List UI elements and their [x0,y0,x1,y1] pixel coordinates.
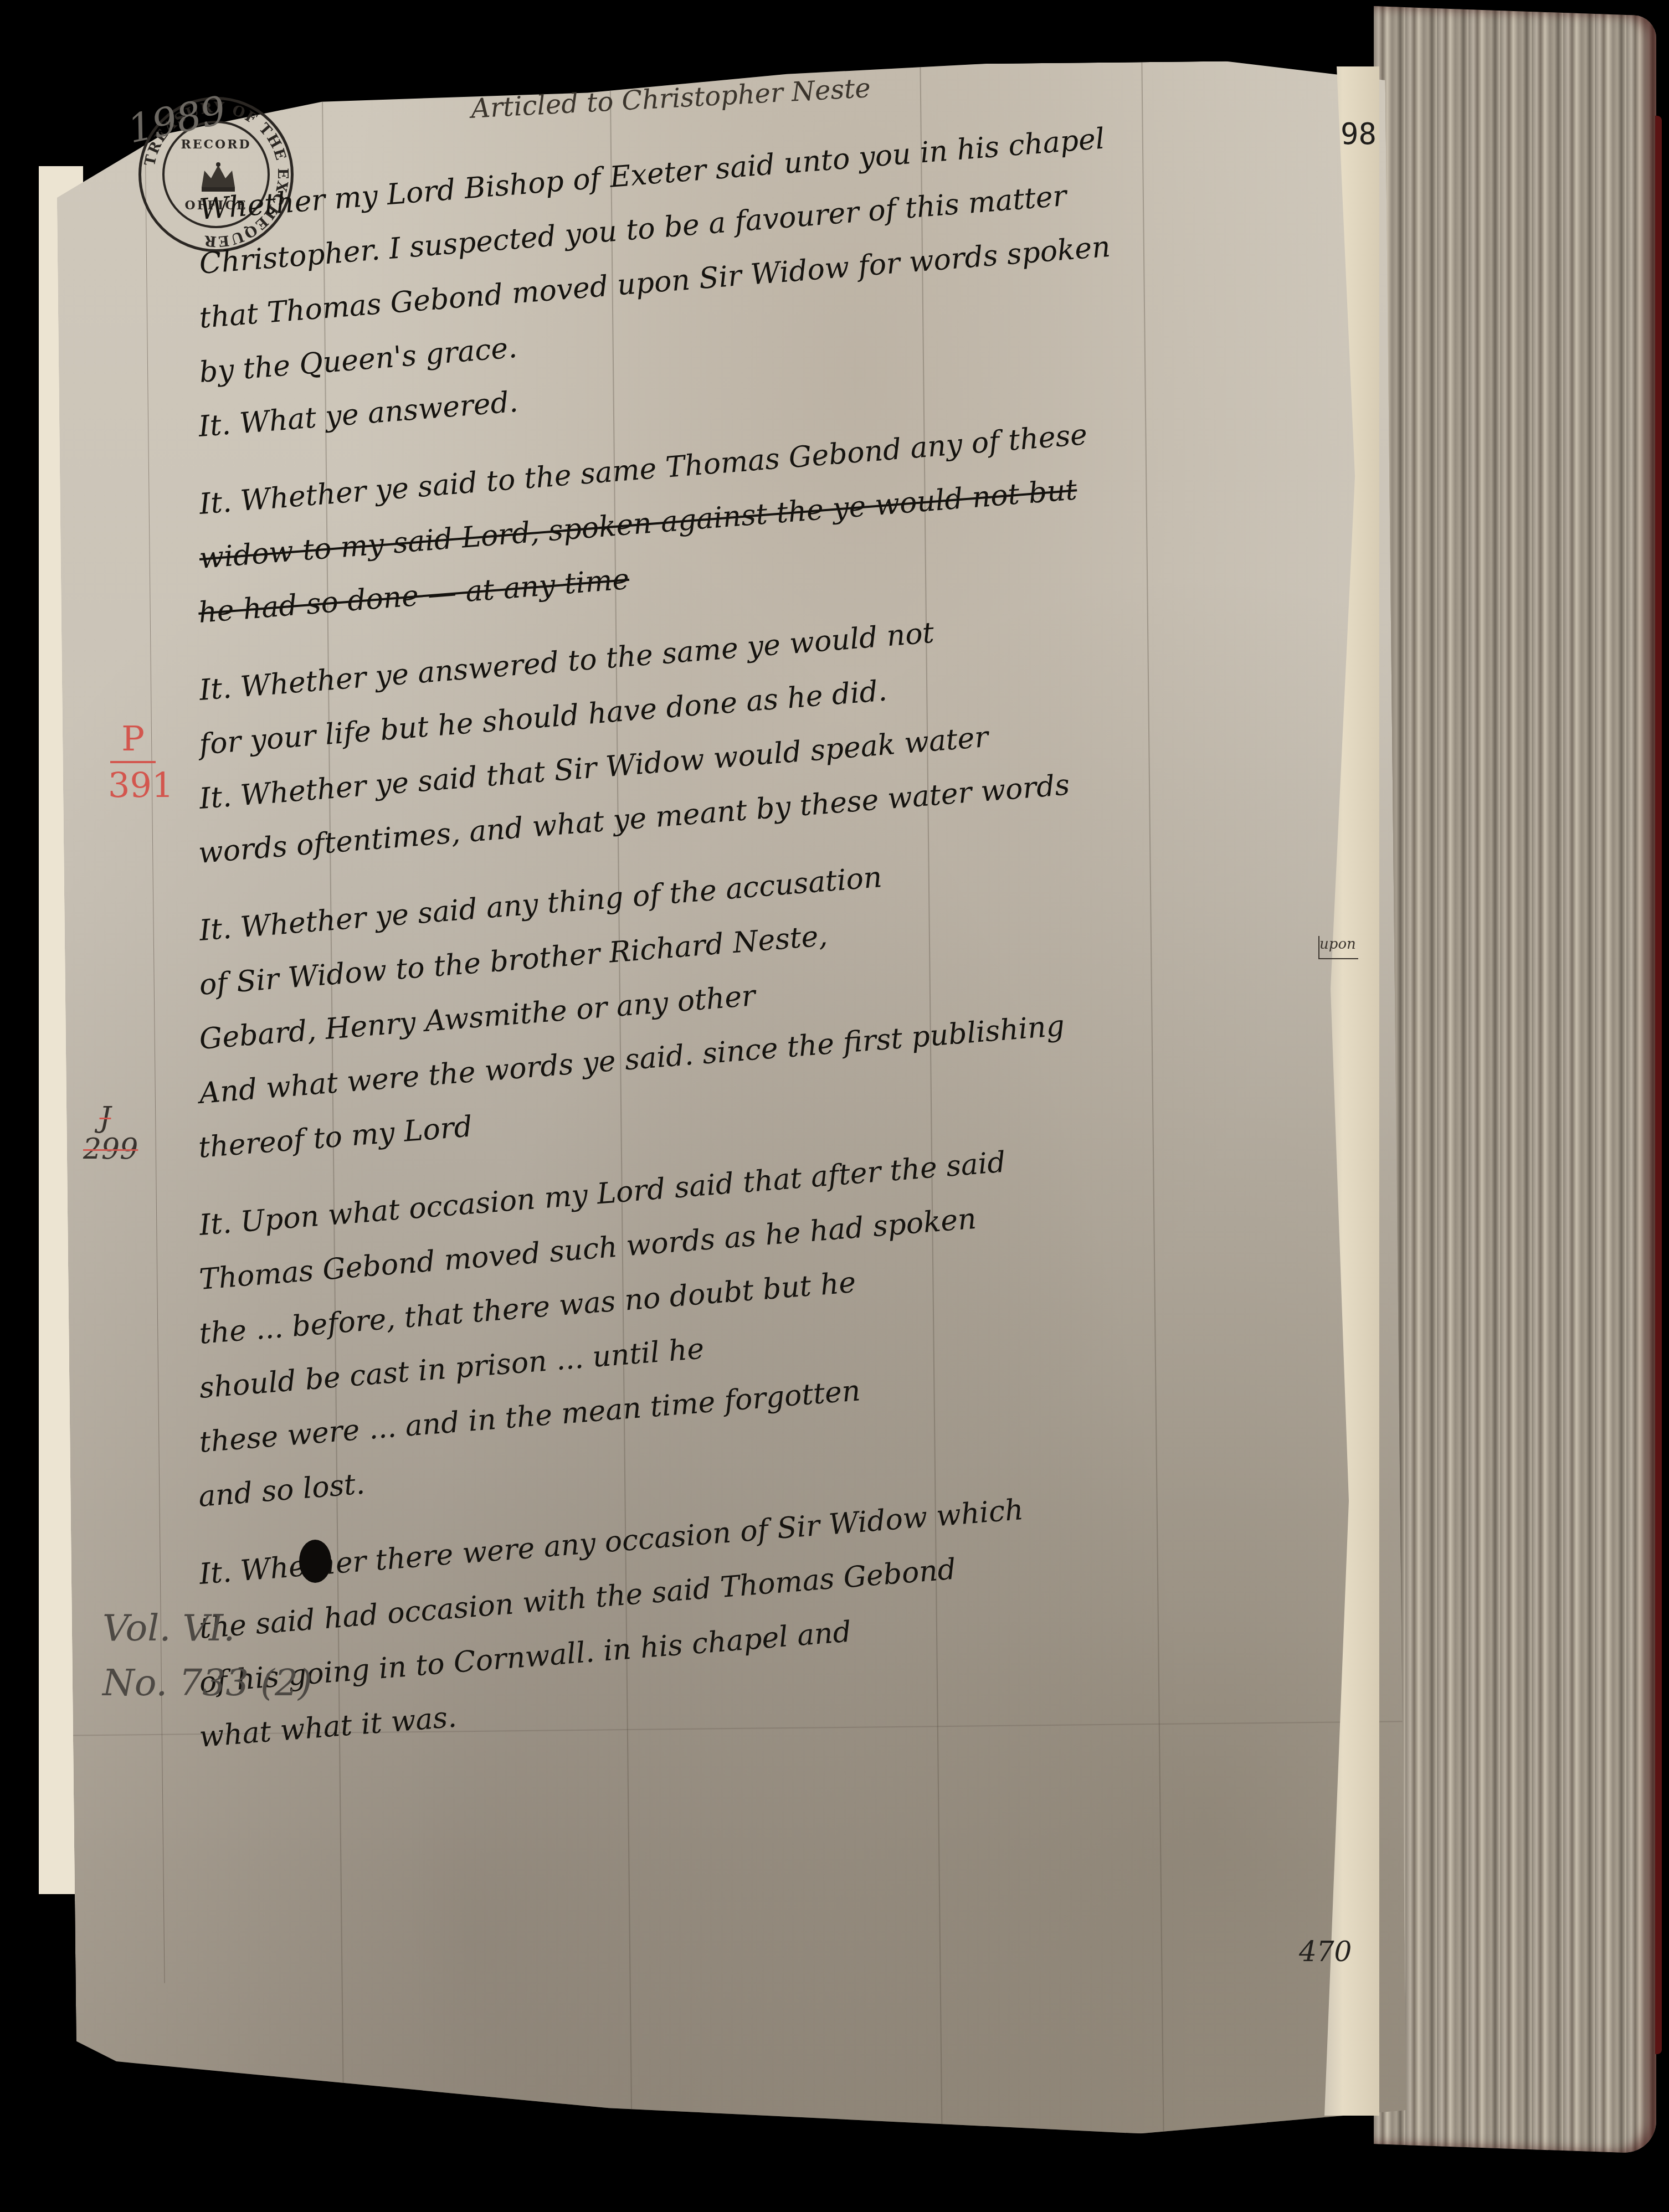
volume-label: Vol. VI. [102,1601,312,1655]
pencil-ref-bottom: 299 [83,1133,138,1166]
red-ref-top: P [121,718,145,759]
divider [110,761,156,763]
book-fore-edge [1374,6,1656,2154]
manuscript-text: Whether my Lord Bishop of Exeter said un… [199,183,1390,1765]
pencil-ref-top: J [100,1101,111,1134]
catalogue-mark: Vol. VI. No. 733 (2) [102,1601,312,1710]
red-ref-bottom: 391 [108,765,173,805]
folio-number-bottom: 470 [1299,1936,1352,1968]
marginal-box: upon [1318,936,1358,959]
red-margin-reference: P 391 [108,720,158,804]
item-number-label: No. 733 (2) [102,1655,312,1710]
ink-blot [299,1540,331,1583]
pencil-margin-reference: J 299 [83,1102,127,1165]
